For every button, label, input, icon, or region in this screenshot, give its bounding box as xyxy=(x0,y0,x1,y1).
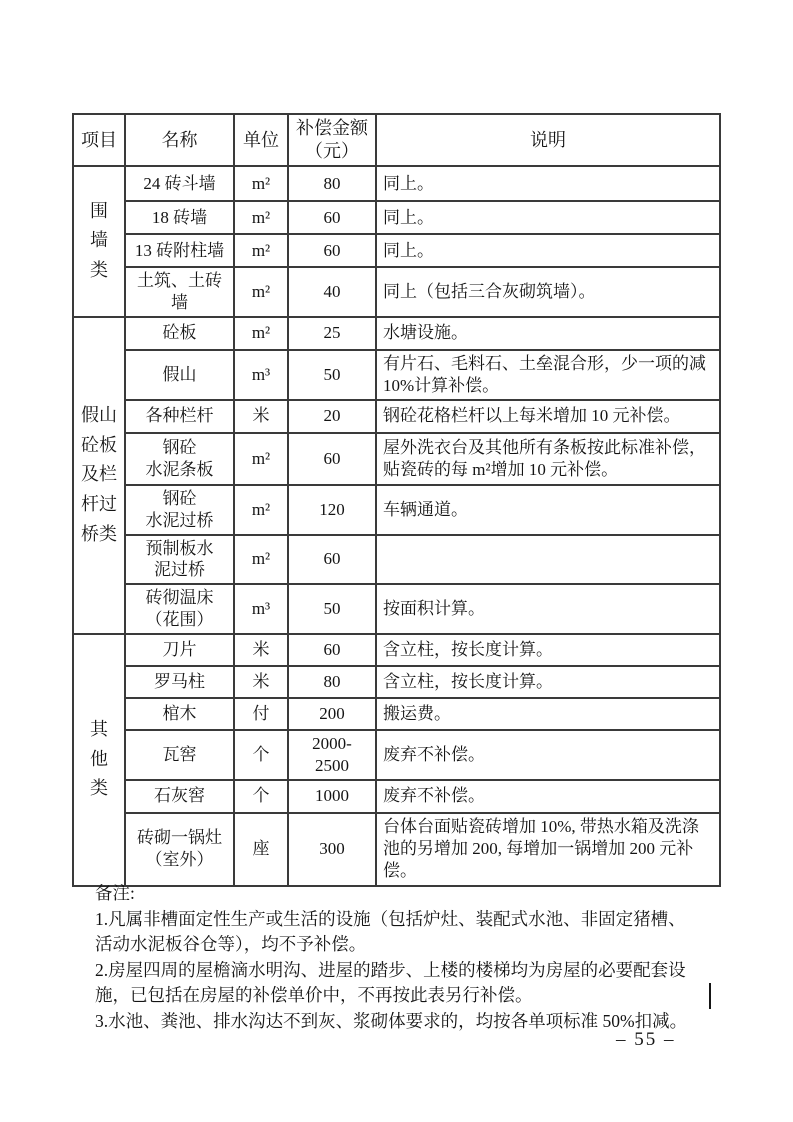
cell-unit: m² xyxy=(234,433,288,485)
cell-amount: 50 xyxy=(288,350,376,400)
cell-amount: 80 xyxy=(288,166,376,201)
cell-amount: 60 xyxy=(288,201,376,234)
note-item: 2.房屋四周的屋檐滴水明沟、进屋的踏步、上楼的楼梯均为房屋的必要配套设施，已包括… xyxy=(95,958,703,1009)
cell-note xyxy=(376,535,720,585)
cell-amount: 80 xyxy=(288,666,376,698)
cell-unit: 米 xyxy=(234,634,288,666)
cell-amount: 120 xyxy=(288,485,376,535)
cell-name: 砖砌一锅灶 （室外） xyxy=(125,813,234,886)
cell-note: 同上。 xyxy=(376,234,720,267)
cell-unit: 付 xyxy=(234,698,288,730)
group-label-jiashan: 假山 砼板 及栏 杆过 桥类 xyxy=(73,317,125,634)
compensation-table: 项目 名称 单位 补偿金额 （元） 说明 围 墙 类 24 砖斗墙 m² 80 … xyxy=(72,113,721,887)
cell-unit: m² xyxy=(234,234,288,267)
table-row: 假山 m³ 50 有片石、毛料石、土垒混合形，少一项的减 10%计算补偿。 xyxy=(73,350,720,400)
table-row: 钢砼 水泥条板 m² 60 屋外洗衣台及其他所有条板按此标准补偿，贴瓷砖的每 m… xyxy=(73,433,720,485)
cell-name: 刀片 xyxy=(125,634,234,666)
cell-unit: m² xyxy=(234,201,288,234)
cell-unit: 米 xyxy=(234,666,288,698)
cell-name: 各种栏杆 xyxy=(125,400,234,433)
cell-name: 罗马柱 xyxy=(125,666,234,698)
table-row: 假山 砼板 及栏 杆过 桥类 砼板 m² 25 水塘设施。 xyxy=(73,317,720,350)
cell-note: 台体台面贴瓷砖增加 10%, 带热水箱及洗涤池的另增加 200, 每增加一锅增加… xyxy=(376,813,720,886)
table-row: 土筑、土砖 墙 m² 40 同上（包括三合灰砌筑墙）。 xyxy=(73,267,720,317)
cell-note: 同上。 xyxy=(376,166,720,201)
header-item: 项目 xyxy=(73,114,125,166)
cell-note: 废弃不补偿。 xyxy=(376,780,720,813)
table-row: 围 墙 类 24 砖斗墙 m² 80 同上。 xyxy=(73,166,720,201)
table-row: 罗马柱 米 80 含立柱，按长度计算。 xyxy=(73,666,720,698)
cell-name: 预制板水 泥过桥 xyxy=(125,535,234,585)
table-row: 砖砌一锅灶 （室外） 座 300 台体台面贴瓷砖增加 10%, 带热水箱及洗涤池… xyxy=(73,813,720,886)
cell-note: 屋外洗衣台及其他所有条板按此标准补偿，贴瓷砖的每 m²增加 10 元补偿。 xyxy=(376,433,720,485)
table-row: 预制板水 泥过桥 m² 60 xyxy=(73,535,720,585)
table-header-row: 项目 名称 单位 补偿金额 （元） 说明 xyxy=(73,114,720,166)
cell-unit: 米 xyxy=(234,400,288,433)
group-label-qita: 其 他 类 xyxy=(73,634,125,886)
cell-unit: 座 xyxy=(234,813,288,886)
cell-amount: 60 xyxy=(288,234,376,267)
revision-bar xyxy=(709,983,711,1009)
document-page: 项目 名称 单位 补偿金额 （元） 说明 围 墙 类 24 砖斗墙 m² 80 … xyxy=(0,0,793,1122)
cell-amount: 1000 xyxy=(288,780,376,813)
cell-note: 有片石、毛料石、土垒混合形，少一项的减 10%计算补偿。 xyxy=(376,350,720,400)
cell-name: 砖彻温床 （花围） xyxy=(125,584,234,634)
page-number: – 55 – xyxy=(616,1029,676,1051)
cell-note: 搬运费。 xyxy=(376,698,720,730)
cell-note: 含立柱，按长度计算。 xyxy=(376,666,720,698)
header-note: 说明 xyxy=(376,114,720,166)
cell-unit: m² xyxy=(234,267,288,317)
table-row: 砖彻温床 （花围） m³ 50 按面积计算。 xyxy=(73,584,720,634)
notes-title: 备注: xyxy=(95,881,703,907)
cell-name: 钢砼 水泥条板 xyxy=(125,433,234,485)
cell-name: 石灰窖 xyxy=(125,780,234,813)
table-row: 其 他 类 刀片 米 60 含立柱，按长度计算。 xyxy=(73,634,720,666)
cell-name: 24 砖斗墙 xyxy=(125,166,234,201)
cell-name: 钢砼 水泥过桥 xyxy=(125,485,234,535)
cell-amount: 300 xyxy=(288,813,376,886)
note-item: 1.凡属非槽面定性生产或生活的设施（包括炉灶、装配式水池、非固定猪槽、活动水泥板… xyxy=(95,907,703,958)
cell-name: 砼板 xyxy=(125,317,234,350)
cell-unit: m³ xyxy=(234,584,288,634)
cell-unit: m² xyxy=(234,485,288,535)
table-row: 13 砖附柱墙 m² 60 同上。 xyxy=(73,234,720,267)
cell-amount: 60 xyxy=(288,433,376,485)
cell-note: 含立柱，按长度计算。 xyxy=(376,634,720,666)
cell-note: 同上。 xyxy=(376,201,720,234)
cell-unit: 个 xyxy=(234,730,288,780)
cell-unit: m³ xyxy=(234,350,288,400)
cell-note: 钢砼花格栏杆以上每米增加 10 元补偿。 xyxy=(376,400,720,433)
note-item: 3.水池、粪池、排水沟达不到灰、浆砌体要求的，均按各单项标准 50%扣减。 xyxy=(95,1009,703,1035)
cell-name: 棺木 xyxy=(125,698,234,730)
cell-name: 假山 xyxy=(125,350,234,400)
table-row: 钢砼 水泥过桥 m² 120 车辆通道。 xyxy=(73,485,720,535)
cell-amount: 40 xyxy=(288,267,376,317)
cell-amount: 60 xyxy=(288,535,376,585)
table-row: 18 砖墙 m² 60 同上。 xyxy=(73,201,720,234)
header-unit: 单位 xyxy=(234,114,288,166)
header-amount: 补偿金额 （元） xyxy=(288,114,376,166)
header-name: 名称 xyxy=(125,114,234,166)
cell-note: 车辆通道。 xyxy=(376,485,720,535)
cell-unit: 个 xyxy=(234,780,288,813)
cell-note: 按面积计算。 xyxy=(376,584,720,634)
table-row: 棺木 付 200 搬运费。 xyxy=(73,698,720,730)
cell-note: 水塘设施。 xyxy=(376,317,720,350)
cell-amount: 2000- 2500 xyxy=(288,730,376,780)
cell-amount: 60 xyxy=(288,634,376,666)
cell-amount: 20 xyxy=(288,400,376,433)
table-row: 瓦窖 个 2000- 2500 废弃不补偿。 xyxy=(73,730,720,780)
table-row: 石灰窖 个 1000 废弃不补偿。 xyxy=(73,780,720,813)
table-row: 各种栏杆 米 20 钢砼花格栏杆以上每米增加 10 元补偿。 xyxy=(73,400,720,433)
cell-name: 13 砖附柱墙 xyxy=(125,234,234,267)
cell-amount: 25 xyxy=(288,317,376,350)
cell-unit: m² xyxy=(234,166,288,201)
cell-note: 废弃不补偿。 xyxy=(376,730,720,780)
cell-amount: 50 xyxy=(288,584,376,634)
remarks-section: 备注: 1.凡属非槽面定性生产或生活的设施（包括炉灶、装配式水池、非固定猪槽、活… xyxy=(95,881,703,1034)
cell-name: 18 砖墙 xyxy=(125,201,234,234)
cell-unit: m² xyxy=(234,535,288,585)
cell-note: 同上（包括三合灰砌筑墙）。 xyxy=(376,267,720,317)
cell-amount: 200 xyxy=(288,698,376,730)
cell-name: 瓦窖 xyxy=(125,730,234,780)
group-label-weiqiang: 围 墙 类 xyxy=(73,166,125,317)
cell-name: 土筑、土砖 墙 xyxy=(125,267,234,317)
cell-unit: m² xyxy=(234,317,288,350)
